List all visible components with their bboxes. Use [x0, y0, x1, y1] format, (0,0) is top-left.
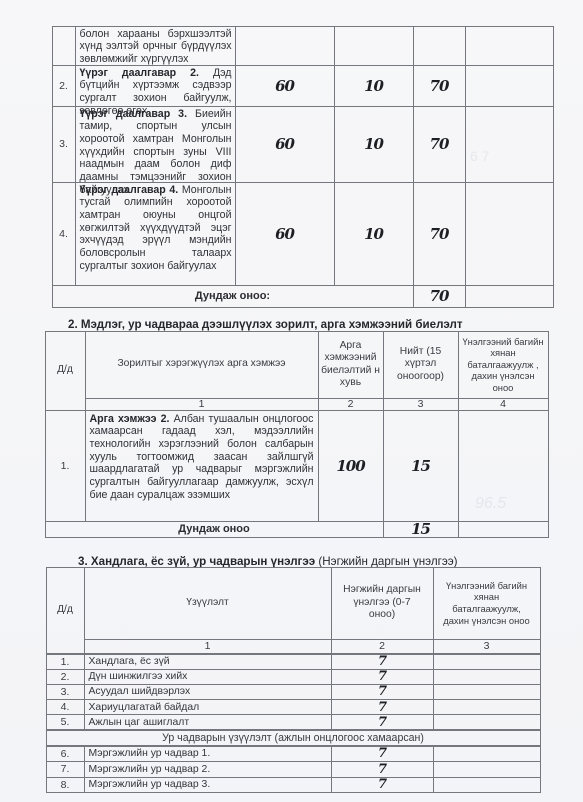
header-review: Үнэлгээний багийн хянан баталгаажуулж, д… — [433, 567, 541, 640]
handwritten-total: 70 — [413, 106, 466, 183]
handwritten-score: 7 — [331, 777, 434, 794]
review-score-cell — [433, 654, 541, 670]
table-cell — [235, 26, 335, 66]
review-score-cell — [433, 746, 541, 763]
indicator-label: Мэргэжлийн ур чадвар 1. — [84, 746, 332, 763]
handwritten-score: 7 — [331, 699, 434, 715]
handwritten-score: 7 — [331, 761, 434, 778]
indicator-label: Мэргэжлийн ур чадвар 2. — [84, 761, 332, 778]
header-review: Үнэлгээний багийн хянан баталгаажуулж , … — [458, 331, 549, 399]
handwritten-score: 7 — [331, 746, 434, 763]
average-label: Дундаж оноо — [45, 521, 384, 538]
table-cell — [465, 26, 554, 66]
task-description-text: Монголын тусгай олимпийн хороотой хамтра… — [80, 184, 232, 272]
handwritten-score: 60 — [235, 65, 335, 107]
handwritten-score: 60 — [235, 182, 335, 286]
handwritten-score: 10 — [334, 65, 414, 107]
header-manager-score: Нэгжийн даргын үнэлгээ (0-7 оноо) — [331, 567, 434, 640]
task-description-cell: Үүрэг даалгавар 3. Биеийн тамир, спортын… — [75, 106, 236, 183]
task-description-text: болон харааны бэрхшээлтэй хүнд ээлтэй ор… — [80, 28, 232, 65]
measure-description-cell: Арга хэмжээ 2. Албан тушаалын онцлогоос … — [85, 410, 319, 522]
row-index: 1. — [46, 654, 85, 670]
row-index: 4. — [46, 699, 85, 715]
handwritten-total: 70 — [413, 182, 466, 286]
header-indicator: Үзүүлэлт — [84, 567, 332, 640]
handwritten-score: 7 — [331, 714, 434, 730]
handwritten-score: 7 — [331, 654, 434, 670]
table-cell — [334, 26, 414, 66]
handwritten-total: 15 — [383, 410, 459, 522]
task-title: Үүрэг даалгавар 2. — [80, 67, 199, 79]
header-index: Д/д — [46, 567, 85, 654]
handwritten-score: 10 — [334, 182, 414, 286]
task-title: Үүрэг даалгавар 3. — [80, 108, 188, 120]
table-cell — [413, 26, 466, 66]
row-index: 4. — [52, 182, 76, 286]
review-average-cell — [458, 521, 549, 538]
row-index: 1. — [45, 410, 86, 522]
handwritten-average: 15 — [383, 521, 459, 538]
handwritten-score: 7 — [331, 669, 434, 685]
row-index: 3. — [46, 684, 85, 700]
row-index: 7. — [46, 761, 85, 778]
indicator-label: Мэргэжлийн ур чадвар 3. — [84, 777, 332, 794]
handwritten-total: 70 — [413, 65, 466, 107]
measure-title: Арга хэмжээ 2. — [90, 413, 170, 425]
review-score-cell — [433, 714, 541, 730]
handwritten-average: 70 — [413, 285, 466, 308]
row-index: 2. — [52, 65, 76, 107]
header-total: Нийт (15 хүртэл оноогоор) — [383, 331, 459, 399]
column-number: 2 — [331, 639, 434, 654]
row-index: 3. — [52, 106, 76, 183]
task-description-cell: Үүрэг даалгавар 4. Монголын тусгай олимп… — [75, 182, 236, 286]
indicator-label: Асуудал шийдвэрлэх — [84, 684, 332, 700]
indicator-label: Ажлын цаг ашиглалт — [84, 714, 332, 730]
review-score-cell — [433, 684, 541, 700]
review-score-cell — [433, 761, 541, 778]
header-measure: Зорилтыг хэрэгжүүлэх арга хэмжээ — [85, 331, 319, 399]
row-index: 5. — [46, 714, 85, 730]
section-2-title: 2. Мэдлэг, ур чадвараа дээшлүүлэх зорилт… — [68, 318, 463, 331]
average-label: Дундаж оноо: — [52, 285, 414, 308]
task-description-cell: болон харааны бэрхшээлтэй хүнд ээлтэй ор… — [75, 26, 236, 66]
row-index: 2. — [46, 669, 85, 685]
review-score-cell — [465, 65, 554, 107]
task-title: Үүрэг даалгавар 4. — [80, 184, 179, 196]
review-average-cell — [465, 285, 554, 308]
column-number: 1 — [84, 639, 332, 654]
review-score-cell — [433, 669, 541, 685]
review-score-cell — [433, 777, 541, 794]
scanned-document-page: 6 7 96.5 болон харааны бэрхшээлтэй хүнд … — [0, 0, 583, 802]
review-score-cell — [465, 106, 554, 183]
review-score-cell — [433, 699, 541, 715]
measure-description-text: Албан тушаалын онцлогоос хамаарсан гадаа… — [90, 413, 314, 501]
skills-subheader: Ур чадварын үзүүлэлт (ажлын онцлогоос ха… — [46, 730, 541, 746]
handwritten-score: 60 — [235, 106, 335, 183]
indicator-label: Хандлага, ёс зүй — [84, 654, 332, 670]
row-index: 8. — [46, 777, 85, 794]
indicator-label: Дүн шинжилгээ хийх — [84, 669, 332, 685]
review-score-cell — [465, 182, 554, 286]
task-description-cell: Үүрэг даалгавар 2. Дэд бүтцийн хүртээмж … — [75, 65, 236, 107]
header-percent: Арга хэмжээний биелэлтий н хувь — [318, 331, 384, 399]
column-number: 3 — [433, 639, 541, 654]
row-index: 6. — [46, 746, 85, 763]
handwritten-score: 7 — [331, 684, 434, 700]
header-index: Д/д — [45, 331, 86, 411]
table-cell-index — [52, 26, 76, 66]
handwritten-percent: 100 — [318, 410, 384, 522]
indicator-label: Хариуцлагатай байдал — [84, 699, 332, 715]
review-score-cell — [458, 410, 549, 522]
handwritten-score: 10 — [334, 106, 414, 183]
